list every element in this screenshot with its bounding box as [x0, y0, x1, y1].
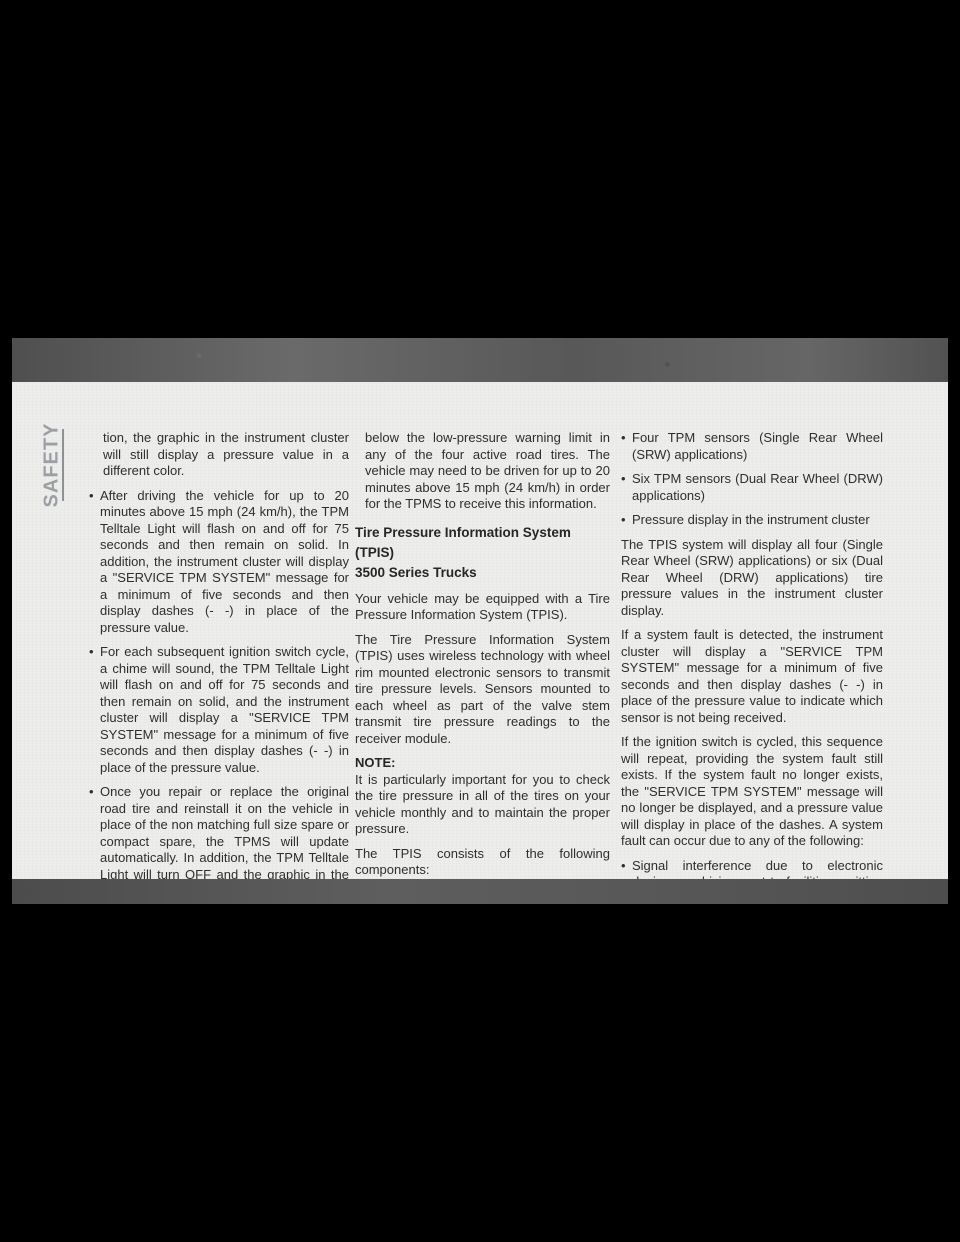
list-item: For each subsequent ignition switch cycl… — [89, 644, 349, 776]
column-3: Four TPM sensors (Single Rear Wheel (SRW… — [621, 430, 883, 904]
paragraph: The TPIS system will display all four (S… — [621, 537, 883, 620]
list-item: After driving the vehicle for up to 20 m… — [89, 488, 349, 637]
column-2: below the low-pressure warning limit in … — [355, 430, 610, 904]
section-tab: SAFETY — [42, 429, 62, 501]
list-item: Pressure display in the instrument clust… — [621, 512, 883, 529]
paragraph: The Tire Pressure Information System (TP… — [355, 632, 610, 748]
note-text: It is particularly important for you to … — [355, 772, 610, 838]
section-heading-line-1: Tire Pressure Information System (TPIS) — [355, 525, 571, 560]
page-header-band — [12, 338, 948, 382]
manual-page: SAFETY tion, the graphic in the instrume… — [12, 338, 948, 904]
section-tab-rule — [62, 429, 64, 501]
continuation-paragraph: tion, the graphic in the instrument clus… — [103, 430, 349, 480]
paragraph: Your vehicle may be equipped with a Tire… — [355, 591, 610, 624]
page-footer-band — [12, 879, 948, 904]
page-content: SAFETY tion, the graphic in the instrume… — [12, 382, 948, 879]
list-item: Six TPM sensors (Dual Rear Wheel (DRW) a… — [621, 471, 883, 504]
bullet-list: Four TPM sensors (Single Rear Wheel (SRW… — [621, 430, 883, 529]
list-item: Four TPM sensors (Single Rear Wheel (SRW… — [621, 430, 883, 463]
section-heading: Tire Pressure Information System (TPIS) … — [355, 523, 610, 583]
paragraph: The TPIS consists of the following compo… — [355, 846, 610, 879]
continuation-paragraph: below the low-pressure warning limit in … — [365, 430, 610, 513]
paragraph: If a system fault is detected, the instr… — [621, 627, 883, 726]
paragraph: If the ignition switch is cycled, this s… — [621, 734, 883, 850]
section-tab-label: SAFETY — [41, 423, 64, 508]
section-heading-line-2: 3500 Series Trucks — [355, 565, 477, 580]
note-label: NOTE: — [355, 755, 610, 772]
column-1: tion, the graphic in the instrument clus… — [89, 430, 349, 904]
bullet-list: After driving the vehicle for up to 20 m… — [89, 488, 349, 905]
